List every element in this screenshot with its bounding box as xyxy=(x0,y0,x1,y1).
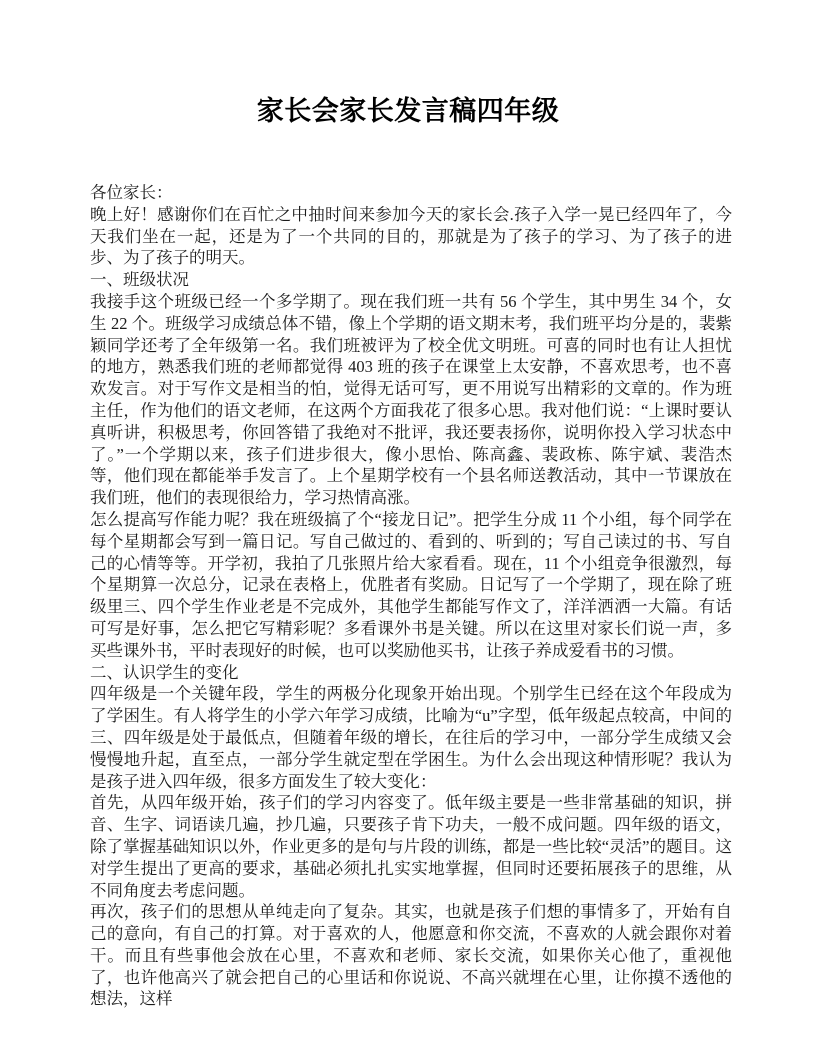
section-heading-student-changes: 二、认识学生的变化 xyxy=(90,662,732,684)
section-heading-class-status: 一、班级状况 xyxy=(90,269,732,291)
paragraph-firstly-content-change: 首先，从四年级开始，孩子们的学习内容变了。低年级主要是一些非常基础的知识，拼音、… xyxy=(90,792,732,901)
paragraph-thirdly-mind-change: 再次，孩子们的思想从单纯走向了复杂。其实，也就是孩子们想的事情多了，开始有自己的… xyxy=(90,901,732,1010)
document-page: 家长会家长发言稿四年级 各位家长： 晚上好！感谢你们在百忙之中抽时间来参加今天的… xyxy=(0,0,816,1056)
paragraph-class-status: 我接手这个班级已经一个多学期了。现在我们班一共有 56 个学生，其中男生 34 … xyxy=(90,291,732,509)
paragraph-writing-ability: 怎么提高写作能力呢？我在班级搞了个“接龙日记”。把学生分成 11 个小组，每个同… xyxy=(90,509,732,662)
paragraph-grade4-key-stage: 四年级是一个关键年段，学生的两极分化现象开始出现。个别学生已经在这个年段成为了学… xyxy=(90,683,732,792)
document-title: 家长会家长发言稿四年级 xyxy=(0,0,816,126)
document-body: 各位家长： 晚上好！感谢你们在百忙之中抽时间来参加今天的家长会.孩子入学一晃已经… xyxy=(90,182,732,1010)
salutation: 各位家长： xyxy=(90,182,732,204)
paragraph-opening: 晚上好！感谢你们在百忙之中抽时间来参加今天的家长会.孩子入学一晃已经四年了，今天… xyxy=(90,204,732,269)
